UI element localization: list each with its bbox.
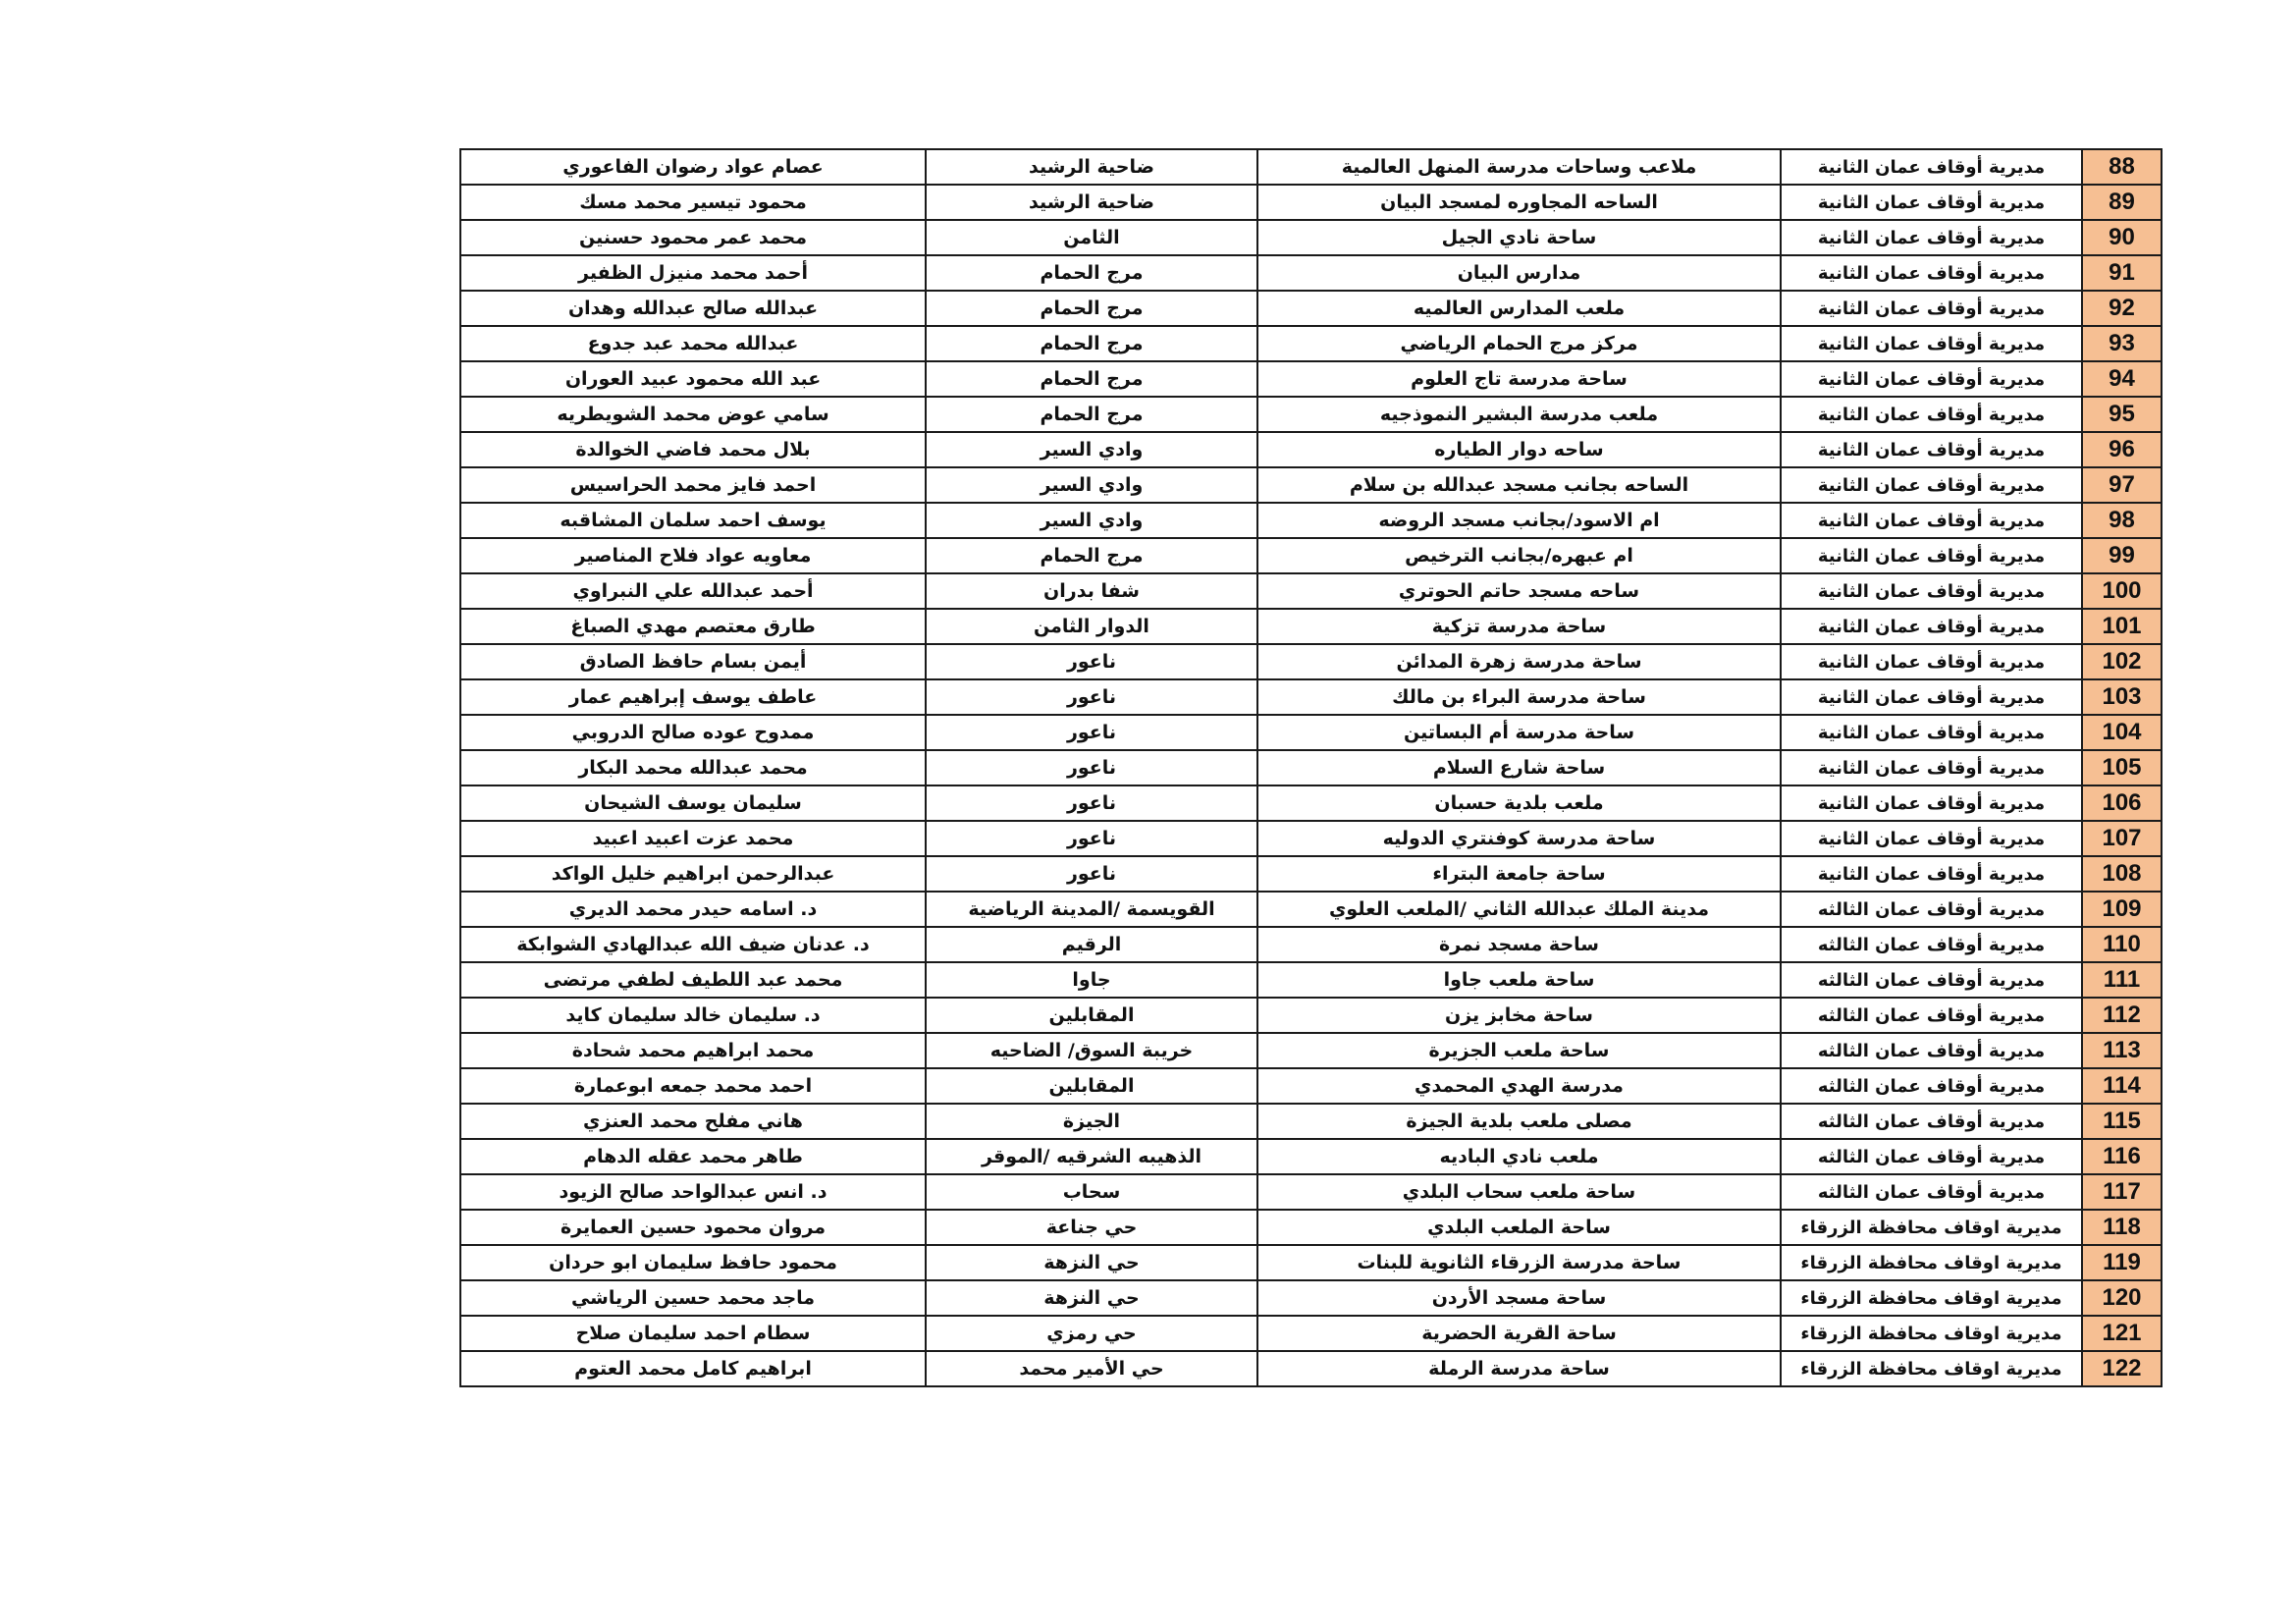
row-number-cell: 95 <box>2082 397 2162 432</box>
area-cell: خريبة السوق/ الضاحيه <box>926 1033 1257 1068</box>
imam-name-cell: عاطف يوسف إبراهيم عمار <box>460 679 926 715</box>
area-cell: حي رمزي <box>926 1316 1257 1351</box>
table-row: محمد ابراهيم محمد شحادةخريبة السوق/ الضا… <box>460 1033 2162 1068</box>
directorate-cell: مديرية أوقاف عمان الثانية <box>1781 715 2082 750</box>
row-number-cell: 110 <box>2082 927 2162 962</box>
area-cell: الذهيبه الشرقيه /الموقر <box>926 1139 1257 1174</box>
area-cell: ناعور <box>926 785 1257 821</box>
area-cell: جاوا <box>926 962 1257 998</box>
table-row: د. انس عبدالواحد صالح الزيودسحابساحة ملع… <box>460 1174 2162 1210</box>
area-cell: ناعور <box>926 821 1257 856</box>
directorate-cell: مديرية أوقاف عمان الثانية <box>1781 361 2082 397</box>
directorate-cell: مديرية أوقاف عمان الثانية <box>1781 573 2082 609</box>
imam-name-cell: محمد ابراهيم محمد شحادة <box>460 1033 926 1068</box>
table-row: محمد عبدالله محمد البكارناعورساحة شارع ا… <box>460 750 2162 785</box>
area-cell: حي النزهة <box>926 1245 1257 1280</box>
row-number-cell: 88 <box>2082 149 2162 185</box>
directorate-cell: مديرية أوقاف عمان الثالثه <box>1781 1139 2082 1174</box>
table-row: احمد محمد جمعه ابوعمارةالمقابلينمدرسة ال… <box>460 1068 2162 1104</box>
area-cell: مرج الحمام <box>926 255 1257 291</box>
table-row: عبدالله صالح عبدالله وهدانمرج الحمامملعب… <box>460 291 2162 326</box>
table-row: يوسف احمد سلمان المشاقبهوادي السيرام الا… <box>460 503 2162 538</box>
directorate-cell: مديرية أوقاف عمان الثانية <box>1781 291 2082 326</box>
area-cell: القويسمة /المدينة الرياضية <box>926 892 1257 927</box>
directorate-cell: مديرية أوقاف عمان الثانية <box>1781 397 2082 432</box>
area-cell: المقابلين <box>926 1068 1257 1104</box>
table-row: ممدوح عوده صالح الدروبيناعورساحة مدرسة أ… <box>460 715 2162 750</box>
directorate-cell: مديرية أوقاف عمان الثالثه <box>1781 1033 2082 1068</box>
table-row: د. سليمان خالد سليمان كايدالمقابلينساحة … <box>460 998 2162 1033</box>
area-cell: المقابلين <box>926 998 1257 1033</box>
imam-name-cell: أحمد محمد منيزل الظفير <box>460 255 926 291</box>
imam-name-cell: معاويه عواد فلاح المناصير <box>460 538 926 573</box>
table-row: أيمن بسام حافظ الصادقناعورساحة مدرسة زهر… <box>460 644 2162 679</box>
row-number-cell: 94 <box>2082 361 2162 397</box>
imam-name-cell: طاهر محمد عقله الدهام <box>460 1139 926 1174</box>
directorate-cell: مديرية أوقاف عمان الثالثه <box>1781 1174 2082 1210</box>
directorate-cell: مديرية أوقاف عمان الثانية <box>1781 679 2082 715</box>
site-cell: ساحة مدرسة زهرة المدائن <box>1257 644 1781 679</box>
area-cell: ناعور <box>926 750 1257 785</box>
site-cell: ساحة مسجد نمرة <box>1257 927 1781 962</box>
table-row: د. اسامه حيدر محمد الديريالقويسمة /المدي… <box>460 892 2162 927</box>
imam-name-cell: يوسف احمد سلمان المشاقبه <box>460 503 926 538</box>
site-cell: ساحة نادي الجيل <box>1257 220 1781 255</box>
row-number-cell: 106 <box>2082 785 2162 821</box>
row-number-cell: 96 <box>2082 432 2162 467</box>
area-cell: الرقيم <box>926 927 1257 962</box>
site-cell: ساحة ملعب الجزيرة <box>1257 1033 1781 1068</box>
directorate-cell: مديرية اوقاف محافظة الزرقاء <box>1781 1245 2082 1280</box>
imam-name-cell: أحمد عبدالله علي النبراوي <box>460 573 926 609</box>
area-cell: الثامن <box>926 220 1257 255</box>
site-cell: ملعب نادي الباديه <box>1257 1139 1781 1174</box>
site-cell: ساحة جامعة البتراء <box>1257 856 1781 892</box>
row-number-cell: 90 <box>2082 220 2162 255</box>
site-cell: ساحة مدرسة تزكية <box>1257 609 1781 644</box>
row-number-cell: 108 <box>2082 856 2162 892</box>
site-cell: مدرسة الهدي المحمدي <box>1257 1068 1781 1104</box>
area-cell: حي جناعة <box>926 1210 1257 1245</box>
area-cell: ناعور <box>926 856 1257 892</box>
table-row: أحمد عبدالله علي النبراويشفا بدرانساحه م… <box>460 573 2162 609</box>
site-cell: مدينة الملك عبدالله الثاني /الملعب العلو… <box>1257 892 1781 927</box>
site-cell: ساحة ملعب سحاب البلدي <box>1257 1174 1781 1210</box>
directorate-cell: مديرية أوقاف عمان الثانية <box>1781 538 2082 573</box>
row-number-cell: 112 <box>2082 998 2162 1033</box>
imam-name-cell: عبدالله صالح عبدالله وهدان <box>460 291 926 326</box>
table-row: طاهر محمد عقله الدهامالذهيبه الشرقيه /ال… <box>460 1139 2162 1174</box>
row-number-cell: 122 <box>2082 1351 2162 1386</box>
row-number-cell: 113 <box>2082 1033 2162 1068</box>
row-number-cell: 99 <box>2082 538 2162 573</box>
table-row: محمود تيسير محمد مسكضاحية الرشيدالساحه ا… <box>460 185 2162 220</box>
row-number-cell: 121 <box>2082 1316 2162 1351</box>
table-row: سليمان يوسف الشيحانناعورملعب بلدية حسبان… <box>460 785 2162 821</box>
table-row: د. عدنان ضيف الله عبدالهادي الشوابكةالرق… <box>460 927 2162 962</box>
row-number-cell: 97 <box>2082 467 2162 503</box>
area-cell: وادي السير <box>926 432 1257 467</box>
imam-name-cell: عصام عواد رضوان الفاعوري <box>460 149 926 185</box>
imam-name-cell: د. اسامه حيدر محمد الديري <box>460 892 926 927</box>
directorate-cell: مديرية أوقاف عمان الثانية <box>1781 326 2082 361</box>
directorate-cell: مديرية أوقاف عمان الثانية <box>1781 220 2082 255</box>
site-cell: ساحة مدرسة أم البساتين <box>1257 715 1781 750</box>
area-cell: حي النزهة <box>926 1280 1257 1316</box>
table-row: محمد عمر محمود حسنينالثامنساحة نادي الجي… <box>460 220 2162 255</box>
area-cell: مرج الحمام <box>926 397 1257 432</box>
table-row: هاني مفلح محمد العنزيالجيزةمصلى ملعب بلد… <box>460 1104 2162 1139</box>
site-cell: ملعب مدرسة البشير النموذجيه <box>1257 397 1781 432</box>
site-cell: ملعب بلدية حسبان <box>1257 785 1781 821</box>
row-number-cell: 100 <box>2082 573 2162 609</box>
directorate-cell: مديرية أوقاف عمان الثالثه <box>1781 998 2082 1033</box>
site-cell: ساحة ملعب جاوا <box>1257 962 1781 998</box>
table-row: عصام عواد رضوان الفاعوريضاحية الرشيدملاع… <box>460 149 2162 185</box>
site-cell: ساحه دوار الطياره <box>1257 432 1781 467</box>
imam-name-cell: بلال محمد فاضي الخوالدة <box>460 432 926 467</box>
directorate-cell: مديرية أوقاف عمان الثانية <box>1781 149 2082 185</box>
imam-name-cell: عبدالرحمن ابراهيم خليل الواكد <box>460 856 926 892</box>
imam-name-cell: احمد فايز محمد الحراسيس <box>460 467 926 503</box>
row-number-cell: 98 <box>2082 503 2162 538</box>
site-cell: ساحة مخابز يزن <box>1257 998 1781 1033</box>
site-cell: ساحة شارع السلام <box>1257 750 1781 785</box>
directorate-cell: مديرية أوقاف عمان الثانية <box>1781 185 2082 220</box>
area-cell: مرج الحمام <box>926 538 1257 573</box>
table-body: عصام عواد رضوان الفاعوريضاحية الرشيدملاع… <box>460 149 2162 1386</box>
directorate-cell: مديرية أوقاف عمان الثانية <box>1781 821 2082 856</box>
area-cell: وادي السير <box>926 503 1257 538</box>
table-row: محمد عبد اللطيف لطفي مرتضىجاواساحة ملعب … <box>460 962 2162 998</box>
area-cell: ناعور <box>926 644 1257 679</box>
site-cell: ام الاسود/بجانب مسجد الروضه <box>1257 503 1781 538</box>
directorate-cell: مديرية أوقاف عمان الثانية <box>1781 255 2082 291</box>
row-number-cell: 117 <box>2082 1174 2162 1210</box>
imam-name-cell: عبد الله محمود عبيد العوران <box>460 361 926 397</box>
area-cell: مرج الحمام <box>926 326 1257 361</box>
site-cell: ساحة مدرسة الرملة <box>1257 1351 1781 1386</box>
row-number-cell: 92 <box>2082 291 2162 326</box>
site-cell: ملعب المدارس العالميه <box>1257 291 1781 326</box>
imam-name-cell: د. عدنان ضيف الله عبدالهادي الشوابكة <box>460 927 926 962</box>
table-row: ابراهيم كامل محمد العتومحي الأمير محمدسا… <box>460 1351 2162 1386</box>
site-cell: ساحة الملعب البلدي <box>1257 1210 1781 1245</box>
site-cell: ساحة مسجد الأردن <box>1257 1280 1781 1316</box>
table-row: معاويه عواد فلاح المناصيرمرج الحمامام عب… <box>460 538 2162 573</box>
site-cell: مركز مرج الحمام الرياضي <box>1257 326 1781 361</box>
row-number-cell: 93 <box>2082 326 2162 361</box>
directorate-cell: مديرية أوقاف عمان الثانية <box>1781 432 2082 467</box>
directorate-cell: مديرية اوقاف محافظة الزرقاء <box>1781 1351 2082 1386</box>
site-cell: ساحة مدرسة تاج العلوم <box>1257 361 1781 397</box>
imam-name-cell: سامي عوض محمد الشويطريه <box>460 397 926 432</box>
area-cell: الجيزة <box>926 1104 1257 1139</box>
row-number-cell: 89 <box>2082 185 2162 220</box>
prayer-sites-table: عصام عواد رضوان الفاعوريضاحية الرشيدملاع… <box>459 148 2163 1387</box>
area-cell: شفا بدران <box>926 573 1257 609</box>
site-cell: ساحه مسجد حاتم الحوتري <box>1257 573 1781 609</box>
table-row: عبدالرحمن ابراهيم خليل الواكدناعورساحة ج… <box>460 856 2162 892</box>
row-number-cell: 102 <box>2082 644 2162 679</box>
directorate-cell: مديرية أوقاف عمان الثانية <box>1781 467 2082 503</box>
site-cell: الساحه المجاوره لمسجد البيان <box>1257 185 1781 220</box>
table-row: سطام احمد سليمان صلاححي رمزيساحة القرية … <box>460 1316 2162 1351</box>
table-row: أحمد محمد منيزل الظفيرمرج الحماممدارس ال… <box>460 255 2162 291</box>
area-cell: ناعور <box>926 679 1257 715</box>
site-cell: ساحة مدرسة البراء بن مالك <box>1257 679 1781 715</box>
imam-name-cell: محمد عمر محمود حسنين <box>460 220 926 255</box>
row-number-cell: 120 <box>2082 1280 2162 1316</box>
site-cell: ام عبهره/بجانب الترخيص <box>1257 538 1781 573</box>
imam-name-cell: ممدوح عوده صالح الدروبي <box>460 715 926 750</box>
directorate-cell: مديرية اوقاف محافظة الزرقاء <box>1781 1210 2082 1245</box>
document-page: عصام عواد رضوان الفاعوريضاحية الرشيدملاع… <box>0 0 2296 1624</box>
row-number-cell: 116 <box>2082 1139 2162 1174</box>
imam-name-cell: طارق معتصم مهدي الصباغ <box>460 609 926 644</box>
site-cell: ساحة القرية الحضرية <box>1257 1316 1781 1351</box>
imam-name-cell: محمد عبدالله محمد البكار <box>460 750 926 785</box>
area-cell: سحاب <box>926 1174 1257 1210</box>
area-cell: ضاحية الرشيد <box>926 149 1257 185</box>
row-number-cell: 105 <box>2082 750 2162 785</box>
table-row: عاطف يوسف إبراهيم عمارناعورساحة مدرسة ال… <box>460 679 2162 715</box>
directorate-cell: مديرية أوقاف عمان الثالثه <box>1781 1068 2082 1104</box>
directorate-cell: مديرية أوقاف عمان الثانية <box>1781 856 2082 892</box>
directorate-cell: مديرية أوقاف عمان الثانية <box>1781 750 2082 785</box>
row-number-cell: 118 <box>2082 1210 2162 1245</box>
row-number-cell: 111 <box>2082 962 2162 998</box>
directorate-cell: مديرية أوقاف عمان الثانية <box>1781 644 2082 679</box>
site-cell: ملاعب وساحات مدرسة المنهل العالمية <box>1257 149 1781 185</box>
site-cell: مصلى ملعب بلدية الجيزة <box>1257 1104 1781 1139</box>
imam-name-cell: هاني مفلح محمد العنزي <box>460 1104 926 1139</box>
table-row: طارق معتصم مهدي الصباغالدوار الثامنساحة … <box>460 609 2162 644</box>
directorate-cell: مديرية أوقاف عمان الثانية <box>1781 503 2082 538</box>
imam-name-cell: محمود تيسير محمد مسك <box>460 185 926 220</box>
row-number-cell: 104 <box>2082 715 2162 750</box>
imam-name-cell: عبدالله محمد عبد جدوع <box>460 326 926 361</box>
area-cell: ضاحية الرشيد <box>926 185 1257 220</box>
row-number-cell: 114 <box>2082 1068 2162 1104</box>
directorate-cell: مديرية أوقاف عمان الثانية <box>1781 609 2082 644</box>
imam-name-cell: محمد عزت اعبيد اعبيد <box>460 821 926 856</box>
table-row: ماجد محمد حسين الرياشيحي النزهةساحة مسجد… <box>460 1280 2162 1316</box>
directorate-cell: مديرية أوقاف عمان الثالثه <box>1781 1104 2082 1139</box>
site-cell: مدارس البيان <box>1257 255 1781 291</box>
imam-name-cell: د. سليمان خالد سليمان كايد <box>460 998 926 1033</box>
site-cell: ساحة مدرسة كوفنتري الدوليه <box>1257 821 1781 856</box>
row-number-cell: 101 <box>2082 609 2162 644</box>
area-cell: وادي السير <box>926 467 1257 503</box>
imam-name-cell: سليمان يوسف الشيحان <box>460 785 926 821</box>
imam-name-cell: أيمن بسام حافظ الصادق <box>460 644 926 679</box>
row-number-cell: 103 <box>2082 679 2162 715</box>
table-row: مروان محمود حسين العمايرةحي جناعةساحة ال… <box>460 1210 2162 1245</box>
imam-name-cell: ابراهيم كامل محمد العتوم <box>460 1351 926 1386</box>
table-row: عبد الله محمود عبيد العورانمرج الحمامساح… <box>460 361 2162 397</box>
table-row: محمود حافظ سليمان ابو حردانحي النزهةساحة… <box>460 1245 2162 1280</box>
area-cell: مرج الحمام <box>926 291 1257 326</box>
imam-name-cell: مروان محمود حسين العمايرة <box>460 1210 926 1245</box>
directorate-cell: مديرية اوقاف محافظة الزرقاء <box>1781 1280 2082 1316</box>
directorate-cell: مديرية اوقاف محافظة الزرقاء <box>1781 1316 2082 1351</box>
site-cell: ساحة مدرسة الزرقاء الثانوية للبنات <box>1257 1245 1781 1280</box>
table-row: محمد عزت اعبيد اعبيدناعورساحة مدرسة كوفن… <box>460 821 2162 856</box>
imam-name-cell: احمد محمد جمعه ابوعمارة <box>460 1068 926 1104</box>
table-row: سامي عوض محمد الشويطريهمرج الحمامملعب مد… <box>460 397 2162 432</box>
area-cell: الدوار الثامن <box>926 609 1257 644</box>
imam-name-cell: محمد عبد اللطيف لطفي مرتضى <box>460 962 926 998</box>
area-cell: حي الأمير محمد <box>926 1351 1257 1386</box>
row-number-cell: 119 <box>2082 1245 2162 1280</box>
table-row: بلال محمد فاضي الخوالدةوادي السيرساحه دو… <box>460 432 2162 467</box>
imam-name-cell: ماجد محمد حسين الرياشي <box>460 1280 926 1316</box>
directorate-cell: مديرية أوقاف عمان الثانية <box>1781 785 2082 821</box>
row-number-cell: 91 <box>2082 255 2162 291</box>
site-cell: الساحه بجانب مسجد عبدالله بن سلام <box>1257 467 1781 503</box>
imam-name-cell: سطام احمد سليمان صلاح <box>460 1316 926 1351</box>
table-row: عبدالله محمد عبد جدوعمرج الحماممركز مرج … <box>460 326 2162 361</box>
area-cell: ناعور <box>926 715 1257 750</box>
directorate-cell: مديرية أوقاف عمان الثالثه <box>1781 892 2082 927</box>
row-number-cell: 107 <box>2082 821 2162 856</box>
directorate-cell: مديرية أوقاف عمان الثالثه <box>1781 927 2082 962</box>
imam-name-cell: محمود حافظ سليمان ابو حردان <box>460 1245 926 1280</box>
imam-name-cell: د. انس عبدالواحد صالح الزيود <box>460 1174 926 1210</box>
row-number-cell: 109 <box>2082 892 2162 927</box>
table-row: احمد فايز محمد الحراسيسوادي السيرالساحه … <box>460 467 2162 503</box>
row-number-cell: 115 <box>2082 1104 2162 1139</box>
directorate-cell: مديرية أوقاف عمان الثالثه <box>1781 962 2082 998</box>
area-cell: مرج الحمام <box>926 361 1257 397</box>
